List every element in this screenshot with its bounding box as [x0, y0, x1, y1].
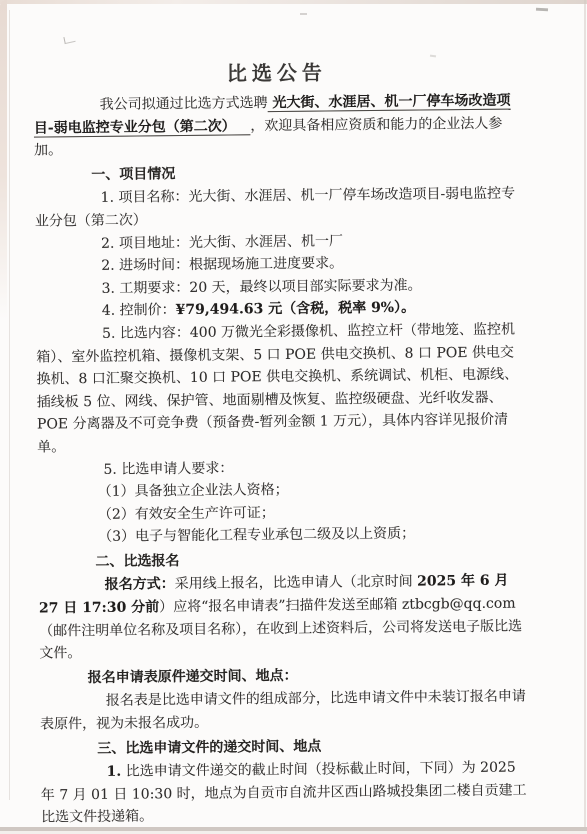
- intro-lead: 我公司拟通过比选方式选聘: [100, 95, 268, 113]
- registration-note: 报名表是比选申请文件的组成部分，比选申请文件中未装订报名申请表原件，视为未报名成…: [40, 686, 527, 736]
- control-price-label: 4. 控制价：: [102, 302, 176, 319]
- page-edge-left: [0, 0, 7, 320]
- registration-method-label: 报名方式：: [105, 577, 175, 594]
- page-edge-right: [584, 0, 586, 834]
- registration-method-paragraph: 报名方式：采用线上报名，比选申请人（北京时间 2025 年 6 月 27 日 1…: [39, 570, 527, 665]
- requirement-3: （3）电子与智能化工程专业承包二级及以上资质；: [38, 522, 525, 550]
- page-edge-top: [0, 0, 587, 4]
- registration-method-text-2: ）应将“报名申请表”扫描件发送至邮箱: [159, 597, 402, 616]
- registration-email: ztbcgb@qq.com: [402, 596, 516, 613]
- registration-method-text-3: （邮件注明单位名称及项目名称），在收到上述资料后，公司将发送电子版比选文件。: [39, 618, 522, 662]
- scanned-page: 比选公告 我公司拟通过比选方式选聘 光大街、水涯居、机一厂停车场改造项目-弱电监…: [0, 0, 587, 834]
- scan-artifact: [536, 8, 548, 12]
- item-project-name: 1. 项目名称：光大街、水涯居、机一厂停车场改造项目-弱电监控专业分包（第二次）: [35, 183, 522, 233]
- submission-item-number: 1.: [107, 764, 122, 780]
- document-body: 比选公告 我公司拟通过比选方式选聘 光大街、水涯居、机一厂停车场改造项目-弱电监…: [33, 55, 528, 829]
- document-title: 比选公告: [33, 55, 520, 90]
- item-selection-content: 5. 比选内容：400 万微光全彩摄像机、监控立杆（带地笼、监控机箱）、室外监控…: [36, 318, 524, 459]
- registration-method-text-1: 采用线上报名，比选申请人（北京时间: [175, 574, 418, 593]
- control-price-value: ¥79,494.63 元（含税，税率 9%）。: [176, 300, 416, 319]
- submission-deadline-paragraph: 1. 比选申请文件递交的截止时间（投标截止时间，下同）为 2025 年 7 月 …: [41, 757, 529, 830]
- page-edge-left-line: [9, 10, 10, 800]
- intro-paragraph: 我公司拟通过比选方式选聘 光大街、水涯居、机一厂停车场改造项目-弱电监控专业分包…: [34, 89, 522, 162]
- scan-artifact: [63, 35, 75, 44]
- scan-artifact: [300, 13, 307, 15]
